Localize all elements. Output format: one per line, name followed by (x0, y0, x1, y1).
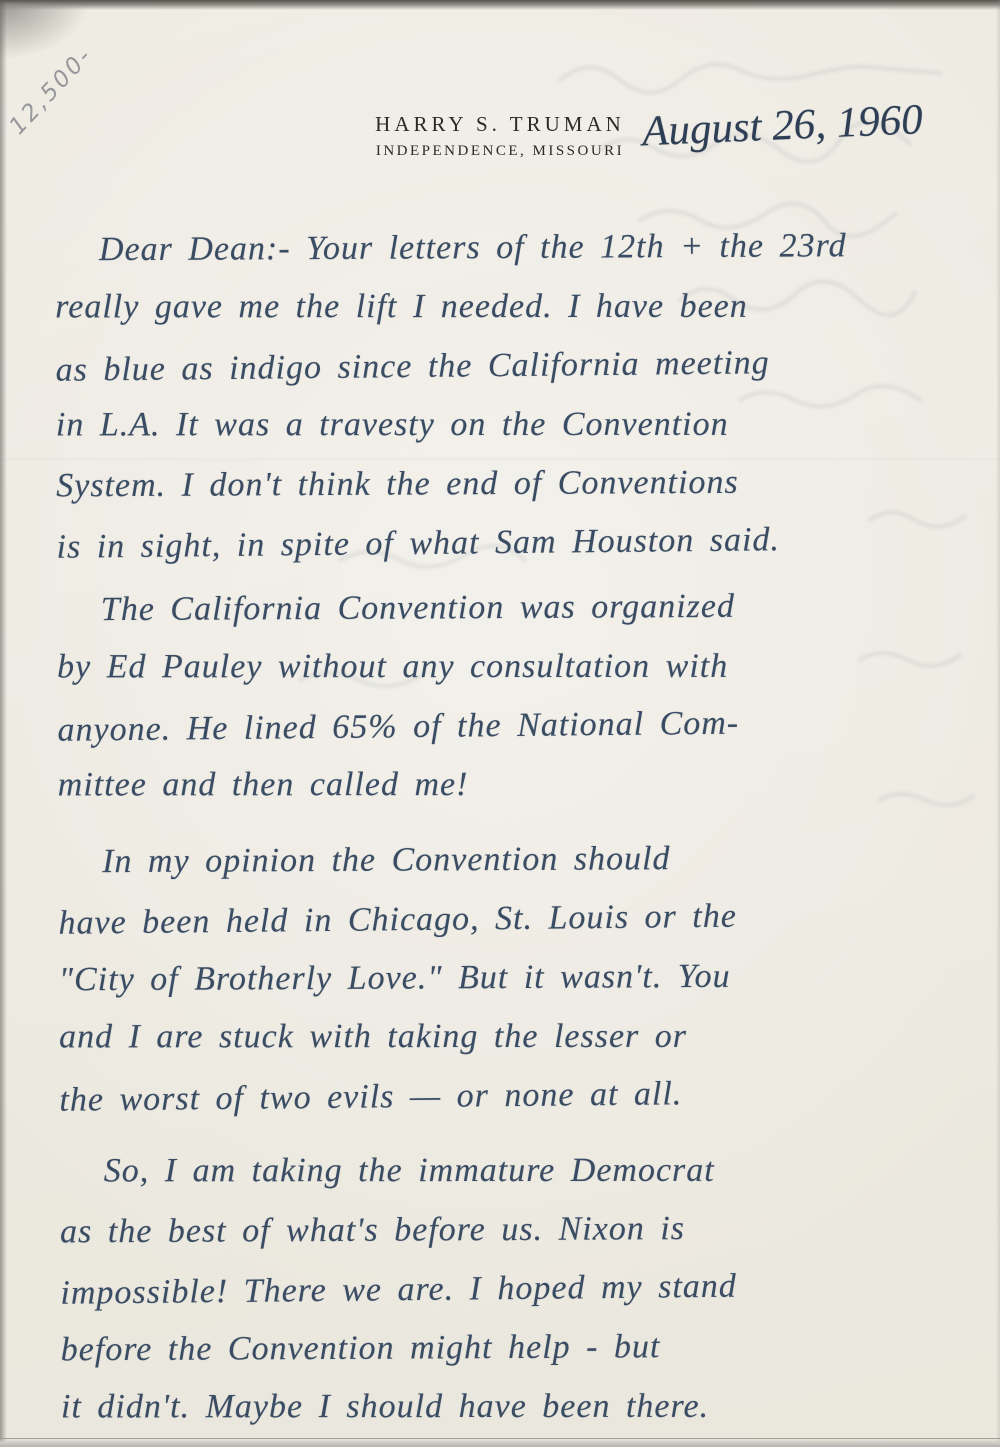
letter-line: is in sight, in spite of what Sam Housto… (56, 508, 969, 577)
letter-line: in L.A. It was a travesty on the Convent… (56, 395, 968, 455)
letter-line: mittee and then called me! (58, 755, 970, 815)
letter-line: anyone. He lined 65% of the National Com… (57, 691, 970, 760)
scan-edge-bottom (0, 1438, 1000, 1447)
letter-line: and I are stuck with taking the lesser o… (59, 1007, 971, 1067)
letter-line: before the Convention might help - but (61, 1316, 973, 1380)
scan-edge-top (0, 0, 1000, 10)
handwritten-date: August 26, 1960 (641, 93, 983, 157)
letter-line: The California Convention was organized (57, 576, 969, 640)
letter-line: by Ed Pauley without any consultation wi… (57, 637, 969, 697)
letter-line: as the best of what's before us. Nixon i… (60, 1198, 972, 1262)
paper-crease (0, 458, 1000, 461)
letter-line: So, I am taking the immature Democrat (60, 1141, 972, 1201)
letter-line: as blue as indigo since the California m… (55, 331, 968, 400)
letter-line: In my opinion the Convention should (58, 828, 970, 892)
letter-line: really gave me the lift I needed. I have… (55, 277, 967, 337)
letter-line: Dear Dean:- Your letters of the 12th + t… (55, 216, 967, 280)
letter-line: impossible! There we are. I hoped my sta… (60, 1254, 973, 1323)
letterhead: HARRY S. TRUMAN INDEPENDENCE, MISSOURI (300, 112, 700, 160)
letter-page: 12,500- HARRY S. TRUMAN INDEPENDENCE, MI… (0, 0, 1000, 1447)
letterhead-location: INDEPENDENCE, MISSOURI (300, 143, 700, 160)
letterhead-name: HARRY S. TRUMAN (300, 112, 700, 137)
letter-line: "City of Brotherly Love." But it wasn't.… (59, 946, 971, 1010)
scan-edge-right (996, 0, 1000, 1447)
letter-line: have been held in Chicago, St. Louis or … (58, 884, 971, 953)
letter-body: Dear Dean:- Your letters of the 12th + t… (55, 216, 973, 1439)
letter-line: the worst of two evils — or none at all. (59, 1061, 972, 1130)
letter-line: it didn't. Maybe I should have been ther… (61, 1377, 973, 1437)
scan-edge-left (0, 0, 7, 1447)
letter-line: System. I don't think the end of Convent… (56, 452, 968, 516)
